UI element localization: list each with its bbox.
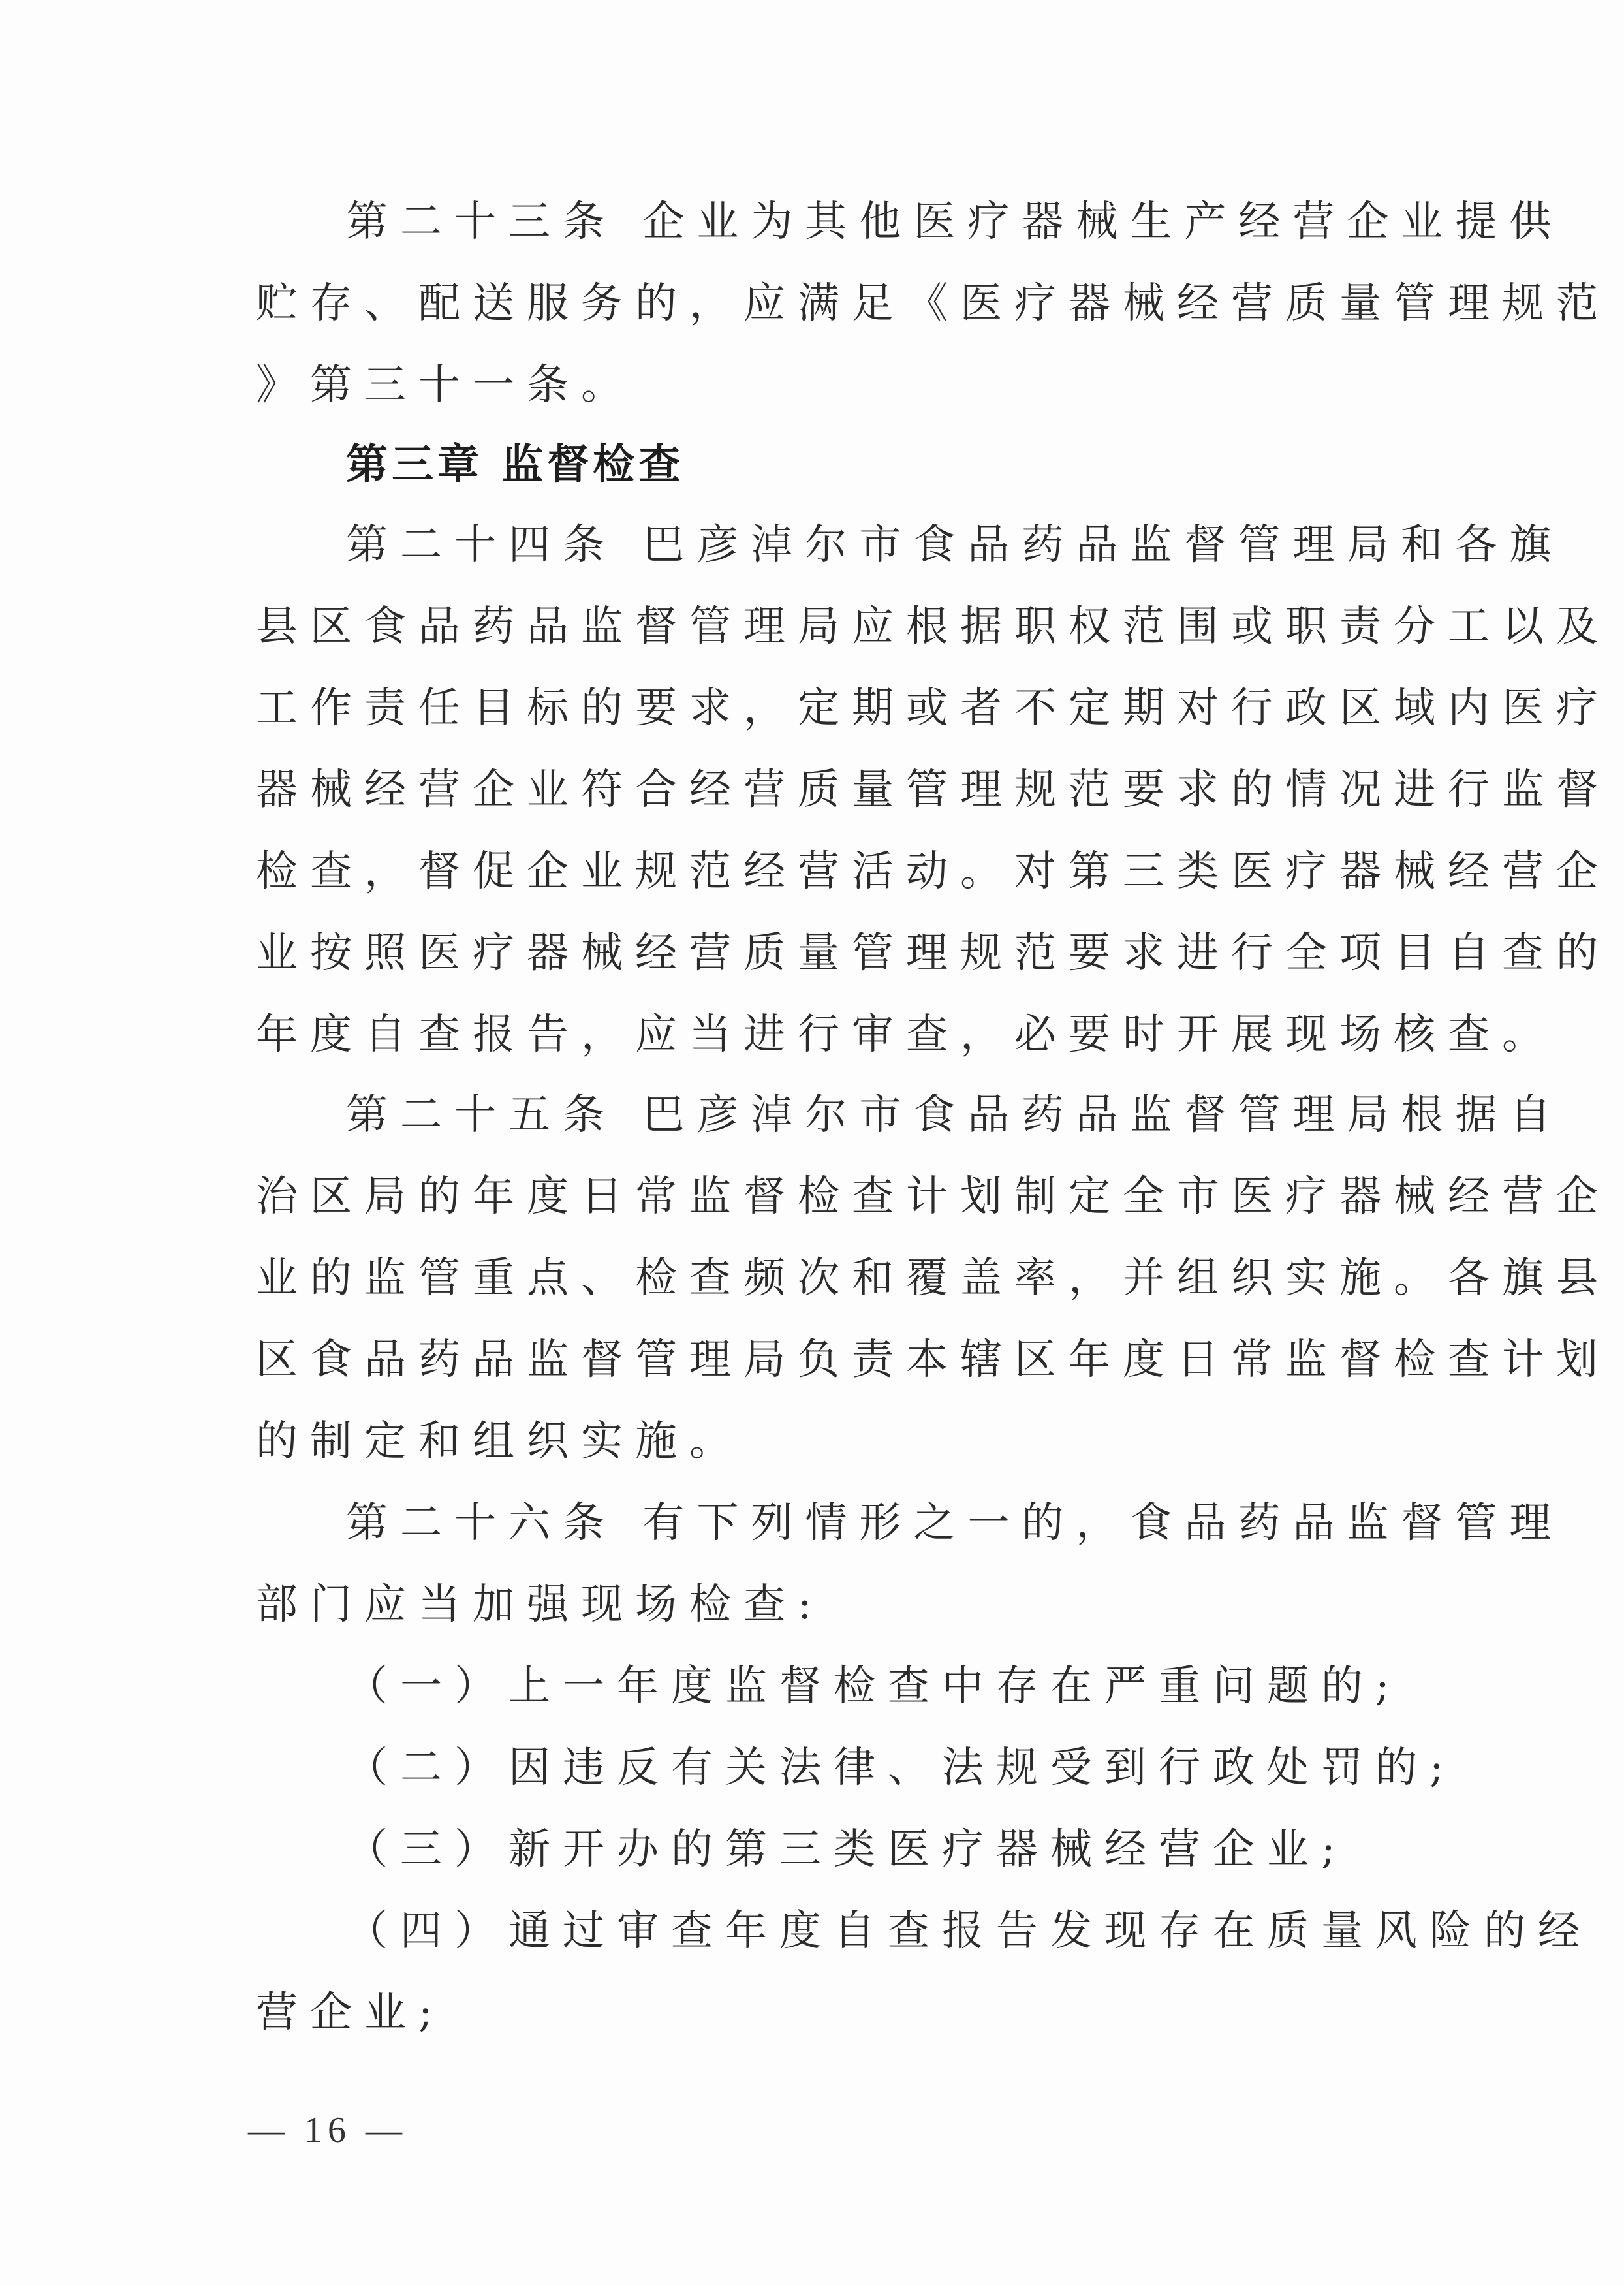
article-26-item-3: （三）新开办的第三类医疗器械经营企业; xyxy=(346,1823,1456,1876)
article-23-line-2: 贮存、配送服务的，应满足《医疗器械经营质量管理规范 xyxy=(256,277,1366,330)
article-25-line-5: 的制定和组织实施。 xyxy=(256,1415,1366,1468)
article-23-line-1: 第二十三条 企业为其他医疗器械生产经营企业提供 xyxy=(346,196,1456,248)
article-26-item-4-line-1: （四）通过审查年度自查报告发现存在质量风险的经 xyxy=(346,1905,1456,1957)
article-25-line-2: 治区局的年度日常监督检查计划制定全市医疗器械经营企 xyxy=(256,1171,1366,1223)
chapter-3-heading: 第三章 监督检查 xyxy=(346,439,1456,491)
article-24-line-3: 工作责任目标的要求，定期或者不定期对行政区域内医疗 xyxy=(256,682,1366,734)
article-25-line-4: 区食品药品监督管理局负责本辖区年度日常监督检查计划 xyxy=(256,1334,1366,1386)
article-24-line-7: 年度自查报告，应当进行审查，必要时开展现场核查。 xyxy=(256,1009,1366,1061)
article-26-item-2: （二）因违反有关法律、法规受到行政处罚的; xyxy=(346,1742,1456,1794)
article-26-line-1: 第二十六条 有下列情形之一的，食品药品监督管理 xyxy=(346,1497,1456,1549)
page-number: — 16 — xyxy=(248,2107,407,2153)
article-26-item-4-line-2: 营企业; xyxy=(256,1987,1366,2039)
article-24-line-6: 业按照医疗器械经营质量管理规范要求进行全项目自查的 xyxy=(256,927,1366,979)
article-26-item-1: （一）上一年度监督检查中存在严重问题的; xyxy=(346,1660,1456,1712)
article-23-line-3: 》第三十一条。 xyxy=(256,359,1366,411)
article-24-line-4: 器械经营企业符合经营质量管理规范要求的情况进行监督 xyxy=(256,764,1366,816)
article-25-line-1: 第二十五条 巴彦淖尔市食品药品监督管理局根据自 xyxy=(346,1089,1456,1141)
document-page: 第二十三条 企业为其他医疗器械生产经营企业提供 贮存、配送服务的，应满足《医疗器… xyxy=(0,0,1624,2285)
article-24-line-5: 检查，督促企业规范经营活动。对第三类医疗器械经营企 xyxy=(256,845,1366,898)
article-24-line-2: 县区食品药品监督管理局应根据职权范围或职责分工以及 xyxy=(256,601,1366,653)
article-25-line-3: 业的监管重点、检查频次和覆盖率，并组织实施。各旗县 xyxy=(256,1252,1366,1304)
article-24-line-1: 第二十四条 巴彦淖尔市食品药品监督管理局和各旗 xyxy=(346,519,1456,571)
article-26-line-2: 部门应当加强现场检查: xyxy=(256,1579,1366,1631)
